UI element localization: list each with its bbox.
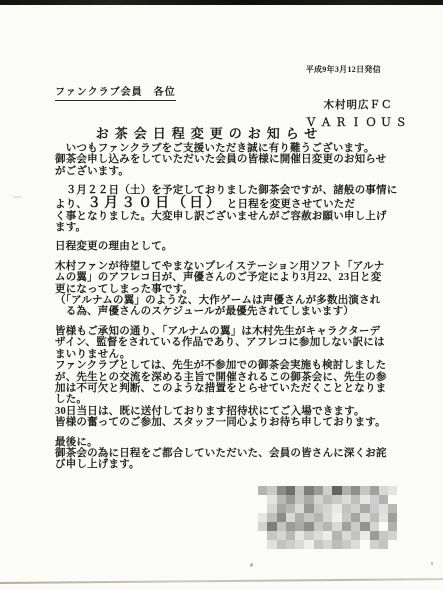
body-line: ザイン、監督をされている作品であり、アフレコに参加しない訳には xyxy=(55,337,405,348)
mosaic-cell xyxy=(332,504,341,513)
mosaic-cell xyxy=(379,513,388,522)
body-line: ファンクラブとしては、先生が不参加での御茶会実施も検討しました xyxy=(55,360,405,371)
paper-edge-bottom xyxy=(0,578,443,584)
mosaic-cell xyxy=(379,540,388,549)
mosaic-cell xyxy=(360,495,369,504)
mosaic-cell xyxy=(323,513,332,522)
body-line: した。 xyxy=(55,394,405,405)
mosaic-row xyxy=(258,531,397,540)
body-line: がございます。 xyxy=(55,166,405,177)
mosaic-cell xyxy=(360,531,369,540)
mosaic-cell xyxy=(286,540,295,549)
body-line: る為、声優さんのスケジュールが最優先されてしまいます） xyxy=(55,306,405,317)
mosaic-cell xyxy=(379,531,388,540)
body-line: が、先生との交流を深める主旨で開催されるこの御茶会に、先生の参 xyxy=(55,372,405,383)
mosaic-cell xyxy=(277,540,286,549)
body-line: び申し上げます。 xyxy=(55,459,405,470)
mosaic-row xyxy=(258,513,397,522)
mosaic-cell xyxy=(277,522,286,531)
mosaic-row xyxy=(258,504,397,513)
mosaic-cell xyxy=(323,504,332,513)
mosaic-cell xyxy=(342,495,351,504)
mosaic-cell xyxy=(267,540,276,549)
mosaic-cell xyxy=(388,531,397,540)
mosaic-cell xyxy=(277,531,286,540)
mosaic-cell xyxy=(267,495,276,504)
paragraph-greeting: いつもファンクラブをご支援いただき誠に有り難うございます。御茶会申し込みをしてい… xyxy=(55,143,405,177)
mosaic-cell xyxy=(342,513,351,522)
mosaic-cell xyxy=(342,540,351,549)
mosaic-cell xyxy=(304,540,313,549)
mosaic-cell xyxy=(267,522,276,531)
mosaic-cell xyxy=(332,540,341,549)
body-line: 更になってしまった事です。 xyxy=(55,284,405,295)
mosaic-cell xyxy=(258,495,267,504)
mosaic-cell xyxy=(360,540,369,549)
mosaic-cell xyxy=(277,513,286,522)
body-line: 御茶会申し込みをしていただいた会員の皆様に開催日変更のお知らせ xyxy=(55,154,405,165)
mosaic-row xyxy=(258,486,397,495)
mosaic-cell xyxy=(351,522,360,531)
mosaic-row xyxy=(258,495,397,504)
body-line: 木村ファンが待望してやまないプレイステーション用ソフト「アルナ xyxy=(55,261,405,272)
mosaic-cell xyxy=(332,486,341,495)
paragraph-reason-detail: 木村ファンが待望してやまないプレイステーション用ソフト「アルナムの翼」のアフレコ… xyxy=(55,261,405,318)
mosaic-cell xyxy=(379,486,388,495)
mosaic-cell xyxy=(258,540,267,549)
new-date-emphasis: ３月３０日（日） xyxy=(87,196,216,211)
mosaic-cell xyxy=(277,486,286,495)
recipient-line: ファンクラブ会員 各位 xyxy=(55,83,176,101)
mosaic-cell xyxy=(286,486,295,495)
mosaic-cell xyxy=(304,504,313,513)
paragraph-reason-heading: 日程変更の理由として。 xyxy=(55,241,405,252)
mosaic-cell xyxy=(388,504,397,513)
mosaic-cell xyxy=(314,540,323,549)
scanned-letter-page: { "colors": { "paper": "#fbfbf8", "ink":… xyxy=(0,0,443,590)
mosaic-cell xyxy=(332,531,341,540)
mosaic-cell xyxy=(295,486,304,495)
mosaic-cell xyxy=(342,504,351,513)
mosaic-cell xyxy=(267,504,276,513)
body-line: 皆様の奮ってのご参加、スタッフ一同心よりお待ち申しております。 xyxy=(55,417,405,428)
body-line: 日程変更の理由として。 xyxy=(55,241,405,252)
mosaic-cell xyxy=(360,486,369,495)
body-line-with-date: より、３月３０日（日） と日程を変更させていただ xyxy=(55,197,405,211)
mosaic-cell xyxy=(258,504,267,513)
scan-speck xyxy=(249,563,253,568)
mosaic-cell xyxy=(370,531,379,540)
mosaic-cell xyxy=(267,531,276,540)
body-line: いつもファンクラブをご支援いただき誠に有り難うございます。 xyxy=(55,143,405,154)
mosaic-cell xyxy=(360,513,369,522)
mosaic-cell xyxy=(388,486,397,495)
mosaic-cell xyxy=(286,522,295,531)
mosaic-cell xyxy=(360,522,369,531)
mosaic-cell xyxy=(323,495,332,504)
mosaic-cell xyxy=(323,486,332,495)
letter-title: お茶会日程変更のお知らせ xyxy=(0,123,431,142)
mosaic-cell xyxy=(351,504,360,513)
mosaic-cell xyxy=(295,522,304,531)
mosaic-cell xyxy=(332,495,341,504)
mosaic-cell xyxy=(388,540,397,549)
mosaic-cell xyxy=(286,495,295,504)
mosaic-cell xyxy=(379,504,388,513)
mosaic-cell xyxy=(277,495,286,504)
mosaic-cell xyxy=(388,495,397,504)
body-line: ます。 xyxy=(55,222,405,233)
mosaic-cell xyxy=(314,495,323,504)
mosaic-cell xyxy=(258,531,267,540)
mosaic-row xyxy=(258,522,397,531)
mosaic-cell xyxy=(370,513,379,522)
mosaic-cell xyxy=(370,540,379,549)
mosaic-cell xyxy=(370,495,379,504)
mosaic-cell xyxy=(323,522,332,531)
body-line: ムの翼」のアフレコ日が、声優さんのご予定により3月22、23日と変 xyxy=(55,272,405,283)
mosaic-cell xyxy=(342,531,351,540)
mosaic-cell xyxy=(295,531,304,540)
mosaic-row xyxy=(258,540,397,549)
letter-body: いつもファンクラブをご支援いただき誠に有り難うございます。御茶会申し込みをしてい… xyxy=(55,143,405,479)
body-line: 最後に。 xyxy=(55,437,405,448)
mosaic-cell xyxy=(286,513,295,522)
mosaic-cell xyxy=(323,540,332,549)
mosaic-cell xyxy=(351,495,360,504)
mosaic-cell xyxy=(304,495,313,504)
body-line: 30日当日は、既に送付しております招待状にてご入場できます。 xyxy=(55,406,405,417)
paragraph-date-change: ３月２２日（土）を予定しておりました御茶会ですが、諸般の事情に より、３月３０日… xyxy=(55,185,405,233)
mosaic-cell xyxy=(258,522,267,531)
mosaic-cell xyxy=(295,540,304,549)
mosaic-cell xyxy=(379,495,388,504)
mosaic-cell xyxy=(295,495,304,504)
body-line: まいりません。 xyxy=(55,349,405,360)
mosaic-cell xyxy=(379,522,388,531)
mosaic-cell xyxy=(314,504,323,513)
mosaic-cell xyxy=(277,504,286,513)
mosaic-cell xyxy=(295,504,304,513)
mosaic-cell xyxy=(351,486,360,495)
mosaic-cell xyxy=(351,513,360,522)
mosaic-cell xyxy=(304,513,313,522)
mosaic-cell xyxy=(342,522,351,531)
mosaic-cell xyxy=(388,513,397,522)
scan-speck xyxy=(12,196,22,198)
mosaic-cell xyxy=(295,513,304,522)
paragraph-apology: 最後に。御茶会の為に日程をご都合していただいた、会員の皆さんに深くお詫び申し上げ… xyxy=(55,437,405,471)
mosaic-cell xyxy=(351,531,360,540)
paragraph-explanation: 皆様もご承知の通り、「アルナムの翼」は木村先生がキャラクターデザイン、監督をされ… xyxy=(55,326,405,429)
redaction-mosaic xyxy=(258,486,397,549)
mosaic-cell xyxy=(258,486,267,495)
body-line: く事となりました。大変申し訳ございませんがご容赦お願い申し上げ xyxy=(55,211,405,222)
mosaic-cell xyxy=(314,522,323,531)
mosaic-cell xyxy=(360,504,369,513)
body-line: 御茶会の為に日程をご都合していただいた、会員の皆さんに深くお詫 xyxy=(55,448,405,459)
mosaic-cell xyxy=(388,522,397,531)
body-line: 皆様もご承知の通り、「アルナムの翼」は木村先生がキャラクターデ xyxy=(55,326,405,337)
mosaic-cell xyxy=(304,486,313,495)
mosaic-cell xyxy=(267,486,276,495)
body-line: （「アルナムの翼」のような、大作ゲームは声優さんが多数出演され xyxy=(55,295,405,306)
mosaic-cell xyxy=(342,486,351,495)
date-line-post: と日程を変更させていただ xyxy=(216,199,355,210)
scan-edge-top xyxy=(0,0,443,5)
sender-name: 木村明広ＦＣ xyxy=(303,97,413,112)
mosaic-cell xyxy=(314,486,323,495)
mosaic-cell xyxy=(323,531,332,540)
letter-date: 平成9年3月12日発信 xyxy=(306,64,381,75)
mosaic-cell xyxy=(258,513,267,522)
mosaic-cell xyxy=(314,531,323,540)
mosaic-cell xyxy=(286,504,295,513)
mosaic-cell xyxy=(267,513,276,522)
mosaic-cell xyxy=(304,531,313,540)
mosaic-cell xyxy=(370,522,379,531)
mosaic-cell xyxy=(304,522,313,531)
mosaic-cell xyxy=(351,540,360,549)
mosaic-cell xyxy=(332,522,341,531)
mosaic-cell xyxy=(314,513,323,522)
mosaic-cell xyxy=(286,531,295,540)
mosaic-cell xyxy=(370,486,379,495)
date-line-pre: より、 xyxy=(55,199,87,210)
mosaic-cell xyxy=(332,513,341,522)
mosaic-cell xyxy=(370,504,379,513)
body-line: 加は不可欠と判断、このような措置をとらせていただくこととなりま xyxy=(55,383,405,394)
scan-speck xyxy=(431,562,433,565)
